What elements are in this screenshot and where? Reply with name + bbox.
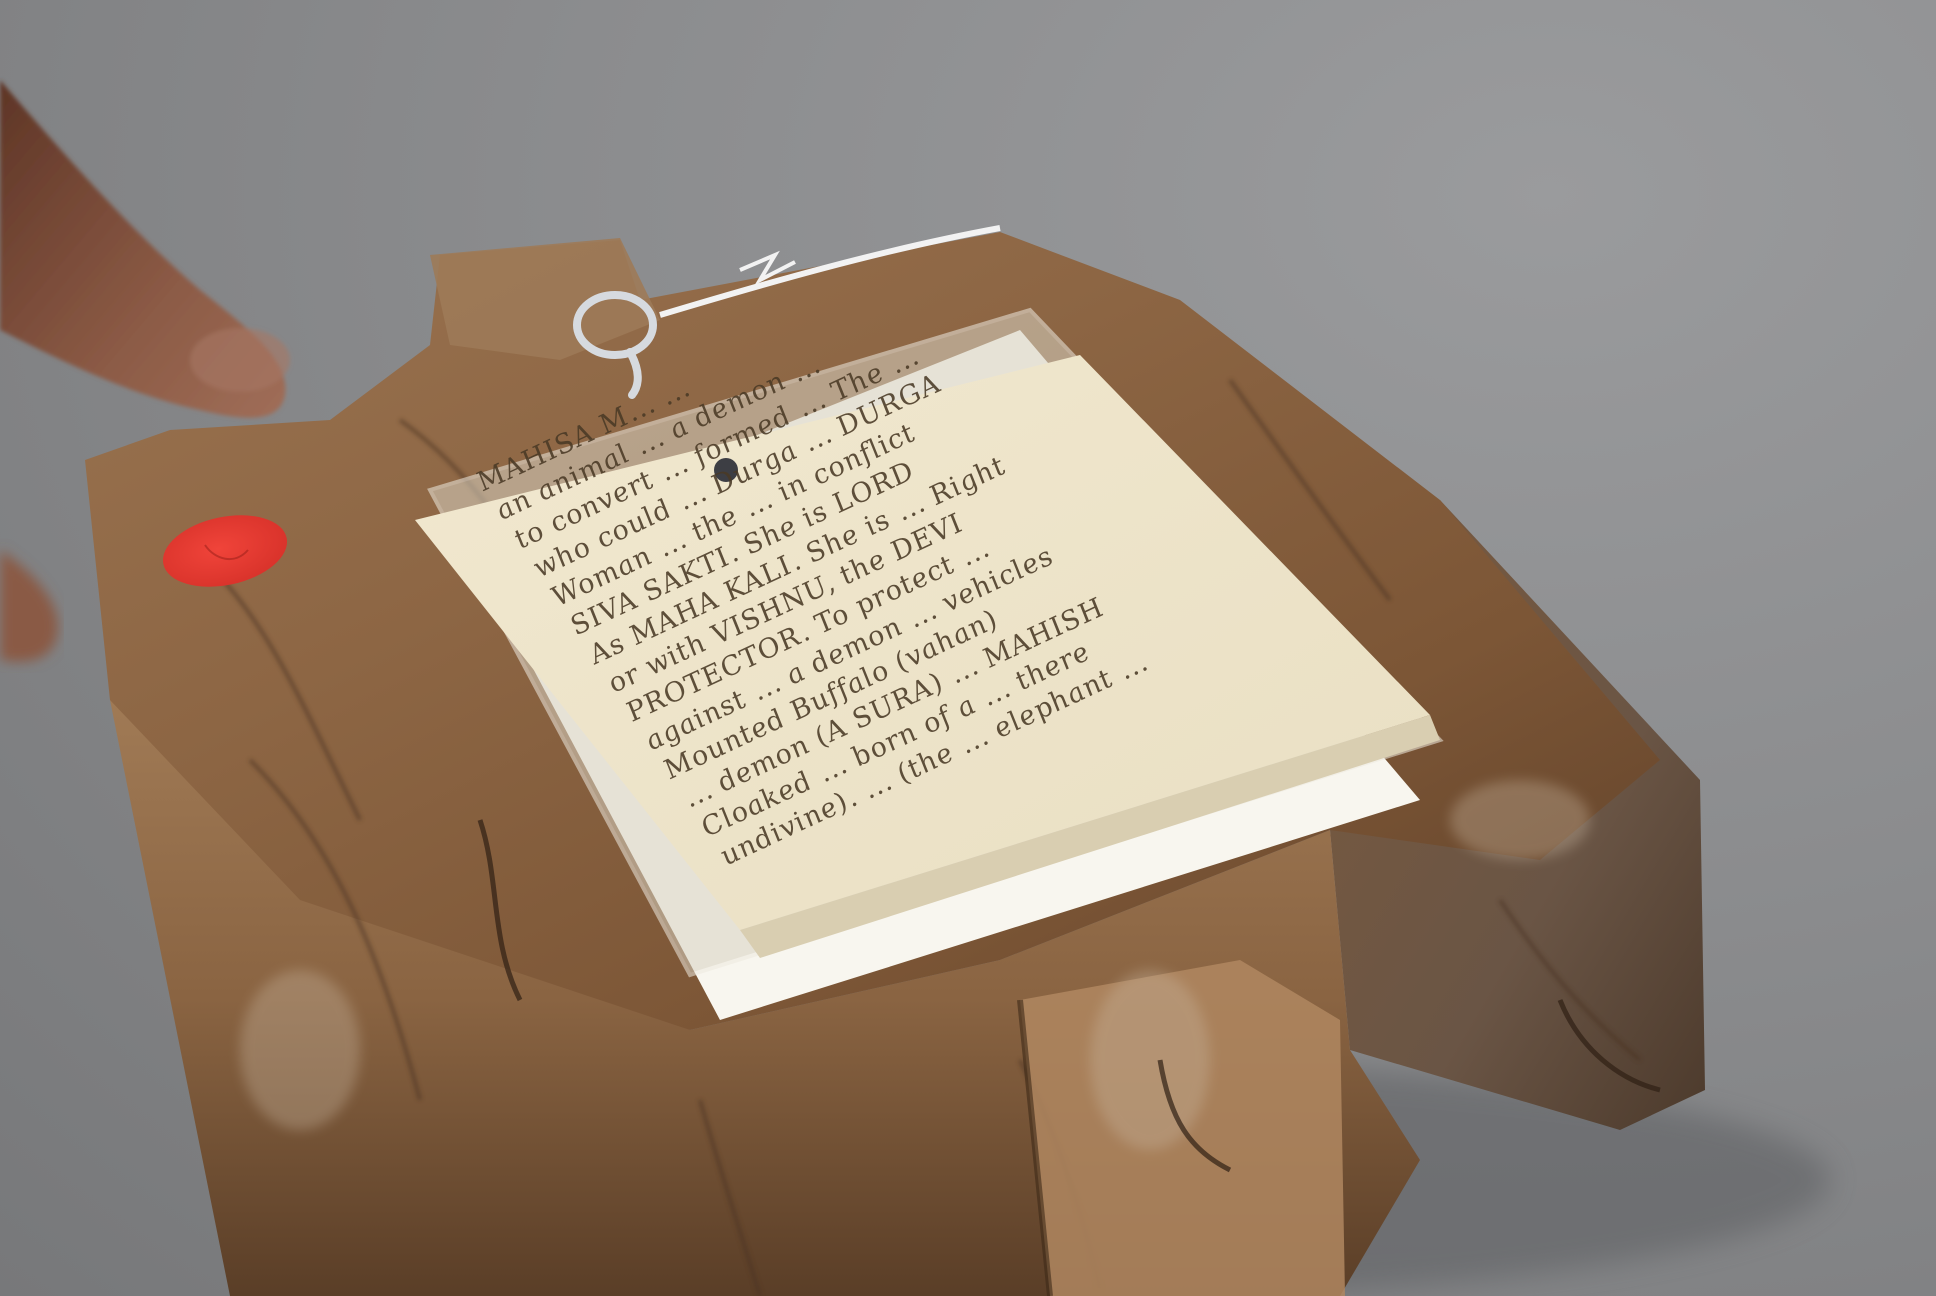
photo-scene: MAHISA M... ... an animal ... a demon ..… (0, 0, 1936, 1296)
second-finger (0, 550, 58, 662)
pointing-finger (0, 80, 290, 418)
